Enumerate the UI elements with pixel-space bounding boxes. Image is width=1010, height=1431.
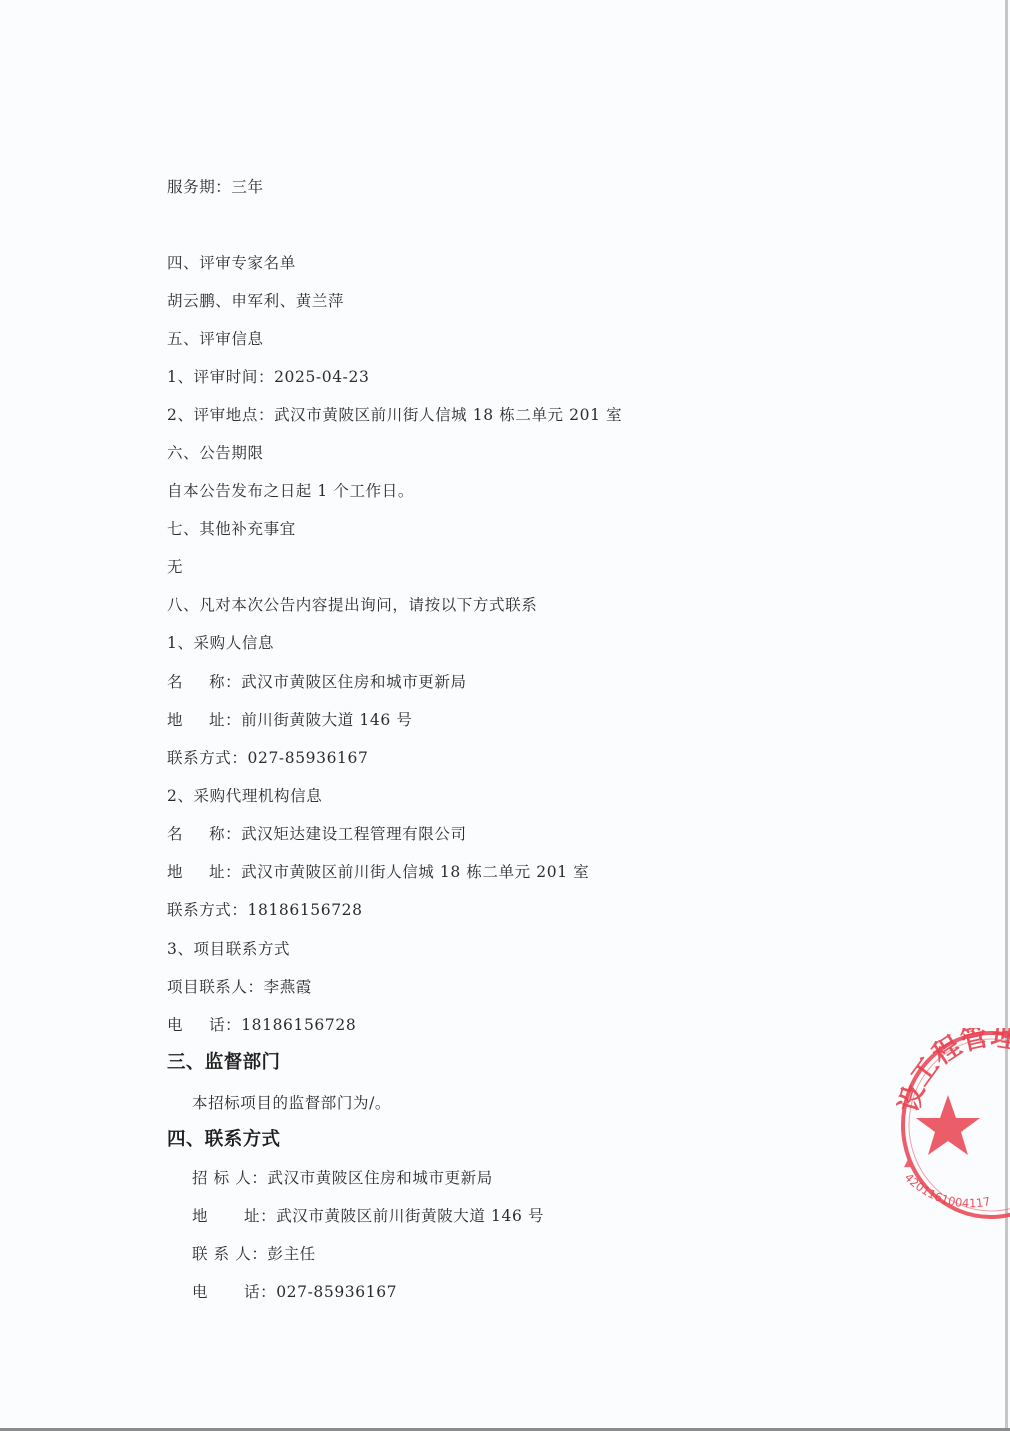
- tenderer-value: 武汉市黄陂区住房和城市更新局: [267, 1169, 492, 1187]
- service-period-value: 三年: [231, 178, 263, 196]
- review-place-label: 2、评审地点：: [167, 406, 274, 424]
- tenderer-phone-label-b: 话：: [244, 1283, 276, 1301]
- review-time: 1、评审时间：2025-04-23: [167, 367, 369, 387]
- tenderer-person-label: 联 系 人：: [192, 1245, 267, 1263]
- contacts-heading: 四、联系方式: [167, 1130, 280, 1150]
- section-other-title: 七、其他补充事宜: [167, 519, 296, 539]
- tenderer-address: 地址：武汉市黄陂区前川街黄陂大道 146 号: [192, 1206, 544, 1226]
- tenderer-person-value: 彭主任: [267, 1245, 315, 1263]
- purchaser-address-value: 前川街黄陂大道 146 号: [241, 711, 412, 729]
- purchaser-address-label-a: 地: [167, 710, 209, 730]
- project-phone-label-b: 话：: [209, 1016, 241, 1034]
- agency-contact-value: 18186156728: [248, 901, 363, 919]
- other-text: 无: [167, 557, 183, 577]
- agency-address-value: 武汉市黄陂区前川街人信城 18 栋二单元 201 室: [241, 863, 589, 881]
- svg-text:4201161004117: 4201161004117: [902, 1170, 992, 1210]
- project-contact-phone: 电话：18186156728: [167, 1015, 356, 1035]
- service-period: 服务期：三年: [167, 177, 264, 197]
- review-place: 2、评审地点：武汉市黄陂区前川街人信城 18 栋二单元 201 室: [167, 405, 622, 425]
- tenderer-person: 联 系 人：彭主任: [192, 1244, 316, 1264]
- project-contact-person-value: 李燕霞: [264, 978, 312, 996]
- agency-address-label-a: 地: [167, 862, 209, 882]
- section-inquiry-title: 八、凡对本次公告内容提出询问，请按以下方式联系: [167, 595, 537, 615]
- tenderer: 招 标 人：武汉市黄陂区住房和城市更新局: [192, 1168, 493, 1188]
- agency-name-value: 武汉矩达建设工程管理有限公司: [241, 825, 466, 843]
- project-contact-title: 3、项目联系方式: [167, 939, 290, 959]
- supervision-heading: 三、监督部门: [167, 1053, 280, 1073]
- section-notice-period-title: 六、公告期限: [167, 443, 264, 463]
- seal-code: 4201161004117: [902, 1170, 992, 1210]
- tenderer-label: 招 标 人：: [192, 1169, 267, 1187]
- purchaser-contact-value: 027-85936167: [248, 749, 369, 767]
- agency-name-label-a: 名: [167, 824, 209, 844]
- tenderer-address-label-b: 址：: [244, 1207, 276, 1225]
- agency-contact-label: 联系方式：: [167, 901, 248, 919]
- seal-icon: 设工程管理有限公司 ▲ 4201161004117: [896, 1028, 1010, 1222]
- purchaser-contact: 联系方式：027-85936167: [167, 748, 368, 768]
- supervision-text: 本招标项目的监督部门为/。: [192, 1093, 391, 1113]
- purchaser-name-label-b: 称：: [209, 673, 241, 691]
- experts-list: 胡云鹏、申军利、黄兰萍: [167, 291, 344, 311]
- agency-info-title: 2、采购代理机构信息: [167, 786, 322, 806]
- svg-text:设工程管理有限公司: 设工程管理有限公司: [896, 1028, 1010, 1116]
- notice-period-text: 自本公告发布之日起 1 个工作日。: [167, 481, 414, 501]
- tenderer-address-label-a: 地: [192, 1206, 244, 1226]
- purchaser-address: 地址：前川街黄陂大道 146 号: [167, 710, 412, 730]
- agency-address-label-b: 址：: [209, 863, 241, 881]
- tenderer-phone-label-a: 电: [192, 1282, 244, 1302]
- project-phone-label-a: 电: [167, 1015, 209, 1035]
- agency-name: 名称：武汉矩达建设工程管理有限公司: [167, 824, 467, 844]
- tenderer-phone: 电话：027-85936167: [192, 1282, 397, 1302]
- agency-contact: 联系方式：18186156728: [167, 900, 363, 920]
- agency-name-label-b: 称：: [209, 825, 241, 843]
- svg-text:▲: ▲: [904, 1159, 911, 1169]
- agency-address: 地址：武汉市黄陂区前川街人信城 18 栋二单元 201 室: [167, 862, 589, 882]
- section-experts-title: 四、评审专家名单: [167, 253, 296, 273]
- company-seal-stamp: 设工程管理有限公司 ▲ 4201161004117: [896, 1028, 1010, 1222]
- section-review-title: 五、评审信息: [167, 329, 264, 349]
- purchaser-info-title: 1、采购人信息: [167, 633, 274, 653]
- tenderer-address-value: 武汉市黄陂区前川街黄陂大道 146 号: [276, 1207, 544, 1225]
- seal-arc-text: 设工程管理有限公司: [896, 1028, 1010, 1116]
- review-place-value: 武汉市黄陂区前川街人信城 18 栋二单元 201 室: [274, 406, 622, 424]
- scan-edge-right: [1005, 0, 1008, 1431]
- project-contact-person-label: 项目联系人：: [167, 978, 264, 996]
- purchaser-address-label-b: 址：: [209, 711, 241, 729]
- project-phone-value: 18186156728: [241, 1016, 356, 1034]
- review-time-label: 1、评审时间：: [167, 368, 274, 386]
- service-period-label: 服务期：: [167, 178, 231, 196]
- purchaser-name-value: 武汉市黄陂区住房和城市更新局: [241, 673, 466, 691]
- purchaser-contact-label: 联系方式：: [167, 749, 248, 767]
- project-contact-person: 项目联系人：李燕霞: [167, 977, 312, 997]
- review-time-value: 2025-04-23: [274, 368, 369, 386]
- purchaser-name: 名称：武汉市黄陂区住房和城市更新局: [167, 672, 467, 692]
- purchaser-name-label-a: 名: [167, 672, 209, 692]
- tenderer-phone-value: 027-85936167: [276, 1283, 397, 1301]
